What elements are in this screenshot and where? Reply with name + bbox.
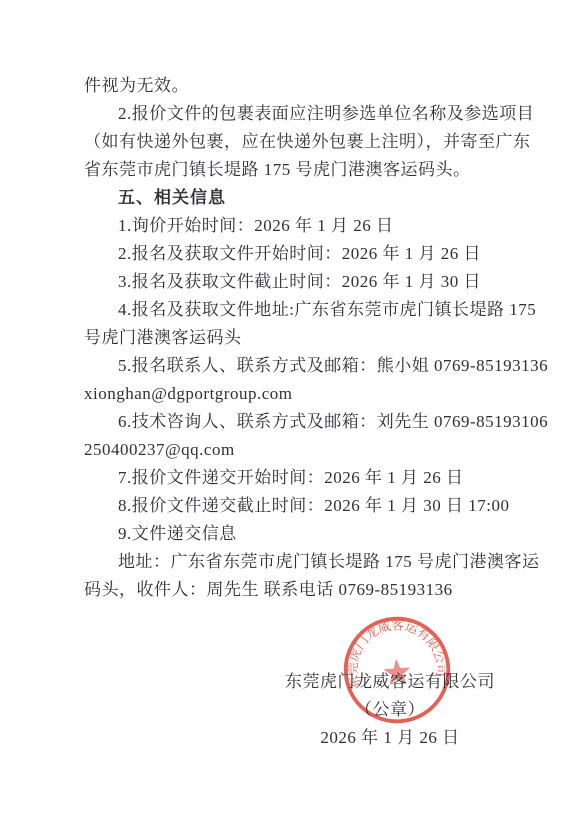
text-line: 9.文件递交信息 bbox=[84, 520, 530, 548]
text-line: 3.报名及获取文件截止时间：2026 年 1 月 30 日 bbox=[84, 268, 530, 296]
document-page: 件视为无效。2.报价文件的包裹表面应注明参选单位名称及参选项目（如有快递外包裹，… bbox=[0, 0, 588, 833]
signature-seal-note: （公章） bbox=[270, 696, 510, 724]
text-line: 5.报名联系人、联系方式及邮箱：熊小姐 0769-85193136 bbox=[84, 352, 530, 380]
section-heading: 五、相关信息 bbox=[84, 184, 530, 212]
signature-date: 2026 年 1 月 26 日 bbox=[270, 724, 510, 752]
text-line: 码头，收件人：周先生 联系电话 0769-85193136 bbox=[84, 576, 530, 604]
document-body: 件视为无效。2.报价文件的包裹表面应注明参选单位名称及参选项目（如有快递外包裹，… bbox=[84, 72, 530, 604]
text-line: 2.报名及获取文件开始时间：2026 年 1 月 26 日 bbox=[84, 240, 530, 268]
text-line: （如有快递外包裹，应在快递外包裹上注明），并寄至广东 bbox=[84, 128, 530, 156]
text-line: 件视为无效。 bbox=[84, 72, 530, 100]
text-line: 6.技术咨询人、联系方式及邮箱：刘先生 0769-85193106 bbox=[84, 408, 530, 436]
text-line: 7.报价文件递交开始时间：2026 年 1 月 26 日 bbox=[84, 464, 530, 492]
text-line: 250400237@qq.com bbox=[84, 436, 530, 464]
signature-block: 东莞虎门龙威客运有限公司 （公章） 2026 年 1 月 26 日 bbox=[270, 668, 510, 752]
text-line: 8.报价文件递交截止时间：2026 年 1 月 30 日 17:00 bbox=[84, 492, 530, 520]
text-line: 号虎门港澳客运码头 bbox=[84, 324, 530, 352]
text-line: 1.询价开始时间：2026 年 1 月 26 日 bbox=[84, 212, 530, 240]
text-line: 2.报价文件的包裹表面应注明参选单位名称及参选项目 bbox=[84, 100, 530, 128]
text-line: xionghan@dgportgroup.com bbox=[84, 380, 530, 408]
text-line: 4.报名及获取文件地址:广东省东莞市虎门镇长堤路 175 bbox=[84, 296, 530, 324]
text-line: 地址：广东省东莞市虎门镇长堤路 175 号虎门港澳客运 bbox=[84, 548, 530, 576]
text-line: 省东莞市虎门镇长堤路 175 号虎门港澳客运码头。 bbox=[84, 156, 530, 184]
signature-company: 东莞虎门龙威客运有限公司 bbox=[270, 668, 510, 696]
